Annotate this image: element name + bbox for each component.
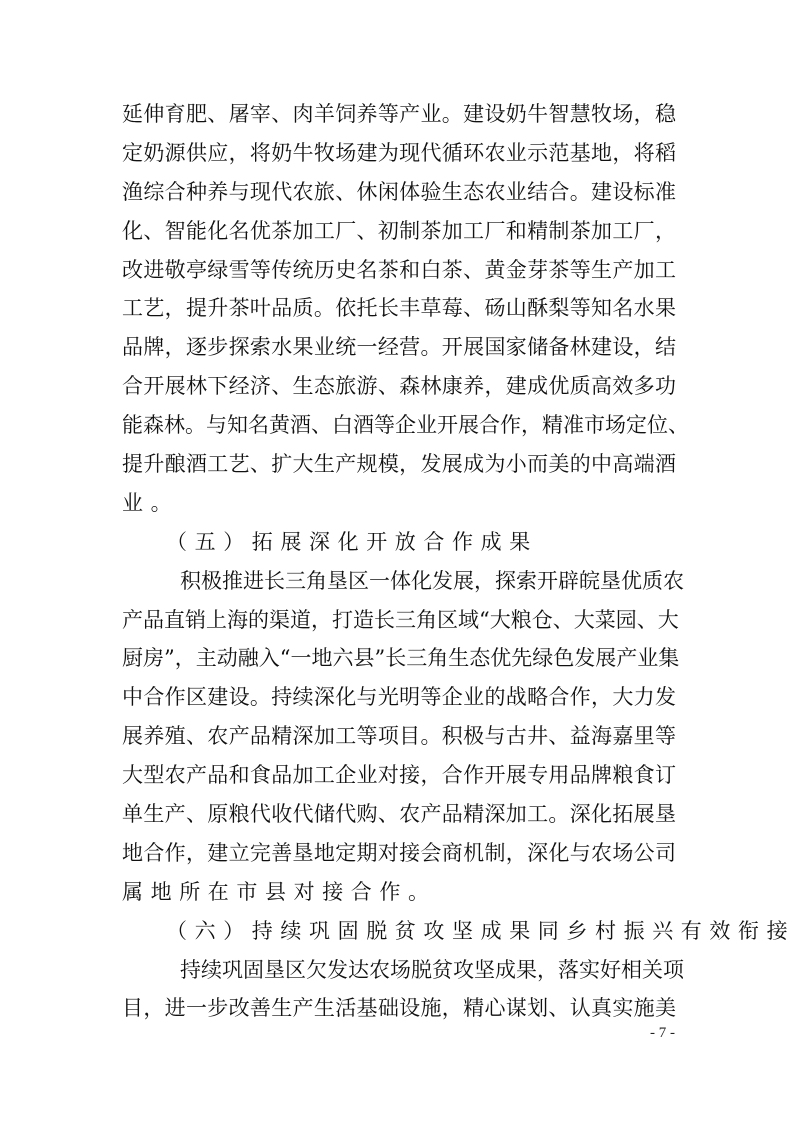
paragraph-line: 地合作，建立完善垦地定期对接会商机制，深化与农场公司 bbox=[122, 834, 676, 873]
paragraph-line: 能森林。与知名黄酒、白酒等企业开展合作，精准市场定位、 bbox=[122, 406, 676, 445]
paragraph-line: 厨房”，主动融入“一地六县”长三角生态优先绿色发展产业集 bbox=[122, 639, 676, 678]
paragraph-line: 大型农产品和食品加工企业对接，合作开展专用品牌粮食订 bbox=[122, 756, 676, 795]
paragraph-line: 中合作区建设。持续深化与光明等企业的战略合作，大力发 bbox=[122, 678, 676, 717]
paragraph-line: 化、智能化名优茶加工厂、初制茶加工厂和精制茶加工厂， bbox=[122, 212, 676, 251]
paragraph-line: 业。 bbox=[122, 484, 676, 523]
section-heading-5: （五）拓展深化开放合作成果 bbox=[122, 523, 676, 562]
page-number: - 7 - bbox=[650, 1025, 675, 1042]
document-page: 延伸育肥、屠宰、肉羊饲养等产业。建设奶牛智慧牧场，稳 定奶源供应，将奶牛牧场建为… bbox=[0, 0, 794, 1123]
section-heading-6: （六）持续巩固脱贫攻坚成果同乡村振兴有效衔接 bbox=[122, 912, 676, 951]
paragraph-line: 延伸育肥、屠宰、肉羊饲养等产业。建设奶牛智慧牧场，稳 bbox=[122, 95, 676, 134]
paragraph-line: 积极推进长三角垦区一体化发展，探索开辟皖垦优质农 bbox=[122, 562, 676, 601]
paragraph-line: 持续巩固垦区欠发达农场脱贫攻坚成果，落实好相关项 bbox=[122, 951, 676, 990]
paragraph-line: 合开展林下经济、生态旅游、森林康养，建成优质高效多功 bbox=[122, 367, 676, 406]
body-text: 延伸育肥、屠宰、肉羊饲养等产业。建设奶牛智慧牧场，稳 定奶源供应，将奶牛牧场建为… bbox=[122, 95, 676, 1028]
paragraph-line: 单生产、原粮代收代储代购、农产品精深加工。深化拓展垦 bbox=[122, 795, 676, 834]
paragraph-line: 展养殖、农产品精深加工等项目。积极与古井、益海嘉里等 bbox=[122, 717, 676, 756]
paragraph-line: 目，进一步改善生产生活基础设施，精心谋划、认真实施美 bbox=[122, 989, 676, 1028]
paragraph-line: 改进敬亭绿雪等传统历史名茶和白茶、黄金芽茶等生产加工 bbox=[122, 251, 676, 290]
paragraph-line: 品牌，逐步探索水果业统一经营。开展国家储备林建设，结 bbox=[122, 328, 676, 367]
paragraph-line: 工艺，提升茶叶品质。依托长丰草莓、砀山酥梨等知名水果 bbox=[122, 289, 676, 328]
paragraph-line: 提升酿酒工艺、扩大生产规模，发展成为小而美的中高端酒 bbox=[122, 445, 676, 484]
paragraph-line: 产品直销上海的渠道，打造长三角区域“大粮仓、大菜园、大 bbox=[122, 601, 676, 640]
paragraph-line: 属地所在市县对接合作。 bbox=[122, 873, 676, 912]
paragraph-line: 定奶源供应，将奶牛牧场建为现代循环农业示范基地，将稻 bbox=[122, 134, 676, 173]
paragraph-line: 渔综合种养与现代农旅、休闲体验生态农业结合。建设标准 bbox=[122, 173, 676, 212]
